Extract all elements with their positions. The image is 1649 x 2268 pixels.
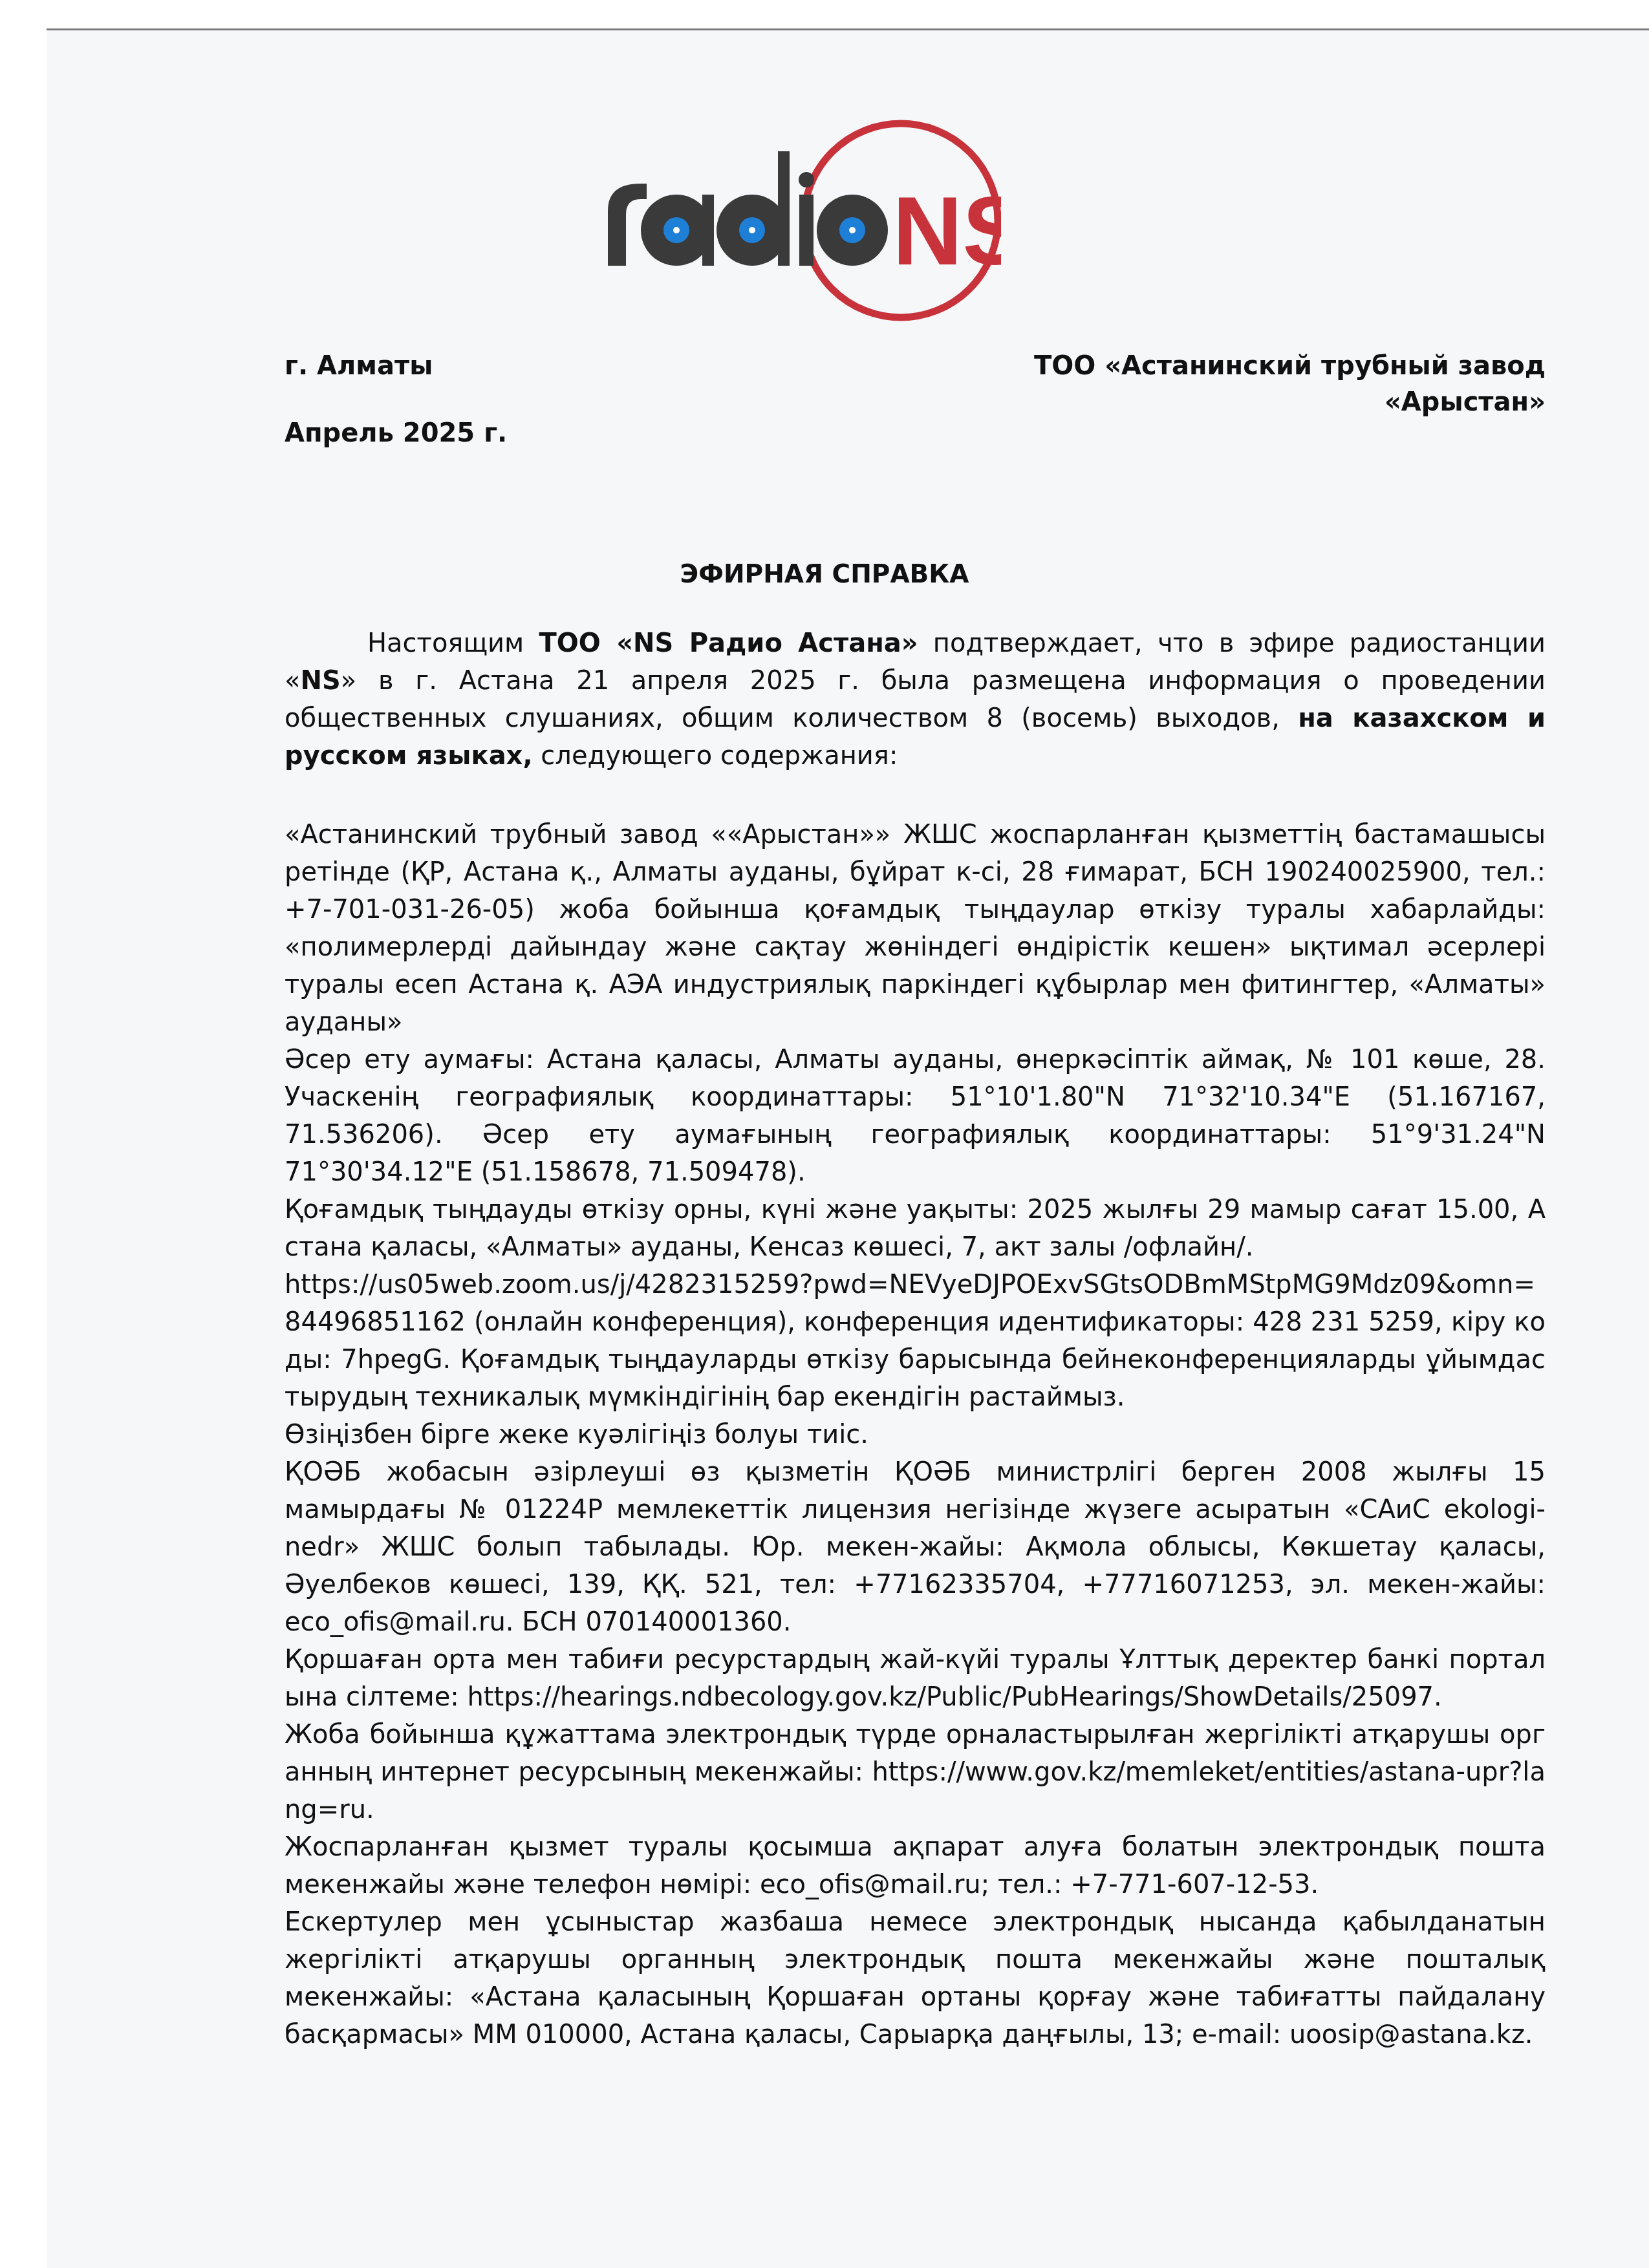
header-city: г. Алматы — [285, 348, 433, 384]
announcement-paragraph: https://us05web.zoom.us/j/4282315259?pwd… — [285, 1266, 1546, 1416]
document-title: ЭФИРНАЯ СПРАВКА — [0, 560, 1649, 589]
header-recipient: ТОО «Астанинский трубный завод «Арыстан» — [899, 348, 1546, 420]
header-date: Апрель 2025 г. — [285, 415, 507, 451]
announcement-paragraph: Қоршаған орта мен табиғи ресурстардың жа… — [285, 1641, 1546, 1716]
recipient-line-2: «Арыстан» — [899, 384, 1546, 420]
intro-text: следующего содержания: — [533, 741, 898, 771]
recipient-line-1: ТОО «Астанинский трубный завод — [899, 348, 1546, 384]
announcement-paragraph: Жоба бойынша құжаттама электрондық түрде… — [285, 1716, 1546, 1828]
radio-ns-logo-icon: NS — [600, 114, 1001, 327]
announcement-paragraph: Өзіңізбен бірге жеке куәлігіңіз болуы ти… — [285, 1416, 1546, 1453]
announcement-paragraph: Әсер ету аумағы: Астана қаласы, Алматы а… — [285, 1041, 1546, 1191]
intro-text: Настоящим — [367, 628, 539, 658]
radio-ns-logo: NS — [600, 114, 1001, 327]
intro-paragraph: Настоящим ТОО «NS Радио Астана» подтверж… — [285, 625, 1546, 775]
company-name: ТОО «NS Радио Астана» — [539, 628, 918, 658]
announcement-paragraph: Ескертулер мен ұсыныстар жазбаша немесе … — [285, 1903, 1546, 2053]
svg-text:NS: NS — [892, 177, 1001, 285]
announcement-paragraph: Қоғамдық тыңдауды өткізу орны, күні және… — [285, 1191, 1546, 1266]
announcement-paragraph: Жоспарланған қызмет туралы қосымша ақпар… — [285, 1828, 1546, 1903]
announcement-paragraph: «Астанинский трубный завод ««Арыстан»» Ж… — [285, 816, 1546, 1041]
announcement-text: «Астанинский трубный завод ««Арыстан»» Ж… — [285, 816, 1546, 2053]
announcement-paragraph: ҚОӘБ жобасын әзірлеуші өз қызметін ҚОӘБ … — [285, 1453, 1546, 1641]
station-name: NS — [300, 666, 340, 696]
